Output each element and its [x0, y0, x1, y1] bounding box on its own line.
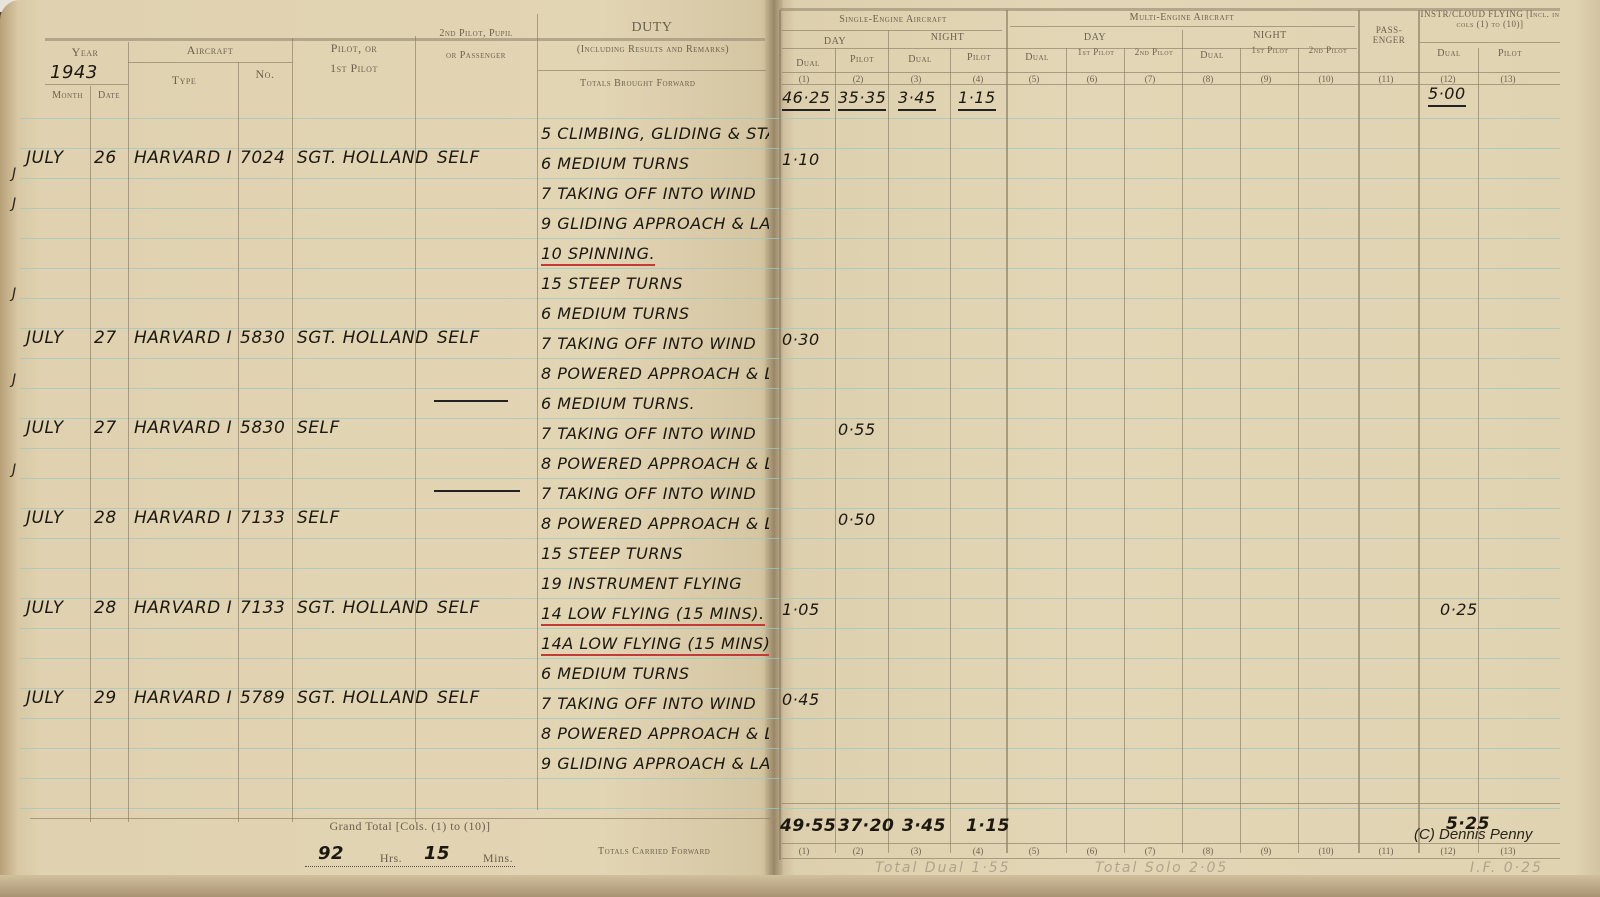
duty-line: 14a Low Flying (15 mins) — [541, 634, 769, 656]
totals-carried-forward-label: Totals Carried Forward — [598, 846, 768, 857]
entry-aircraft-number: 5830 — [240, 418, 285, 438]
entry-time-col12: 0·25 — [1440, 600, 1478, 619]
col-divider — [1418, 10, 1420, 853]
duty-line: 10 Spinning. — [541, 244, 655, 266]
margin-tick: J — [12, 372, 16, 388]
header-me-day: DAY — [1008, 32, 1182, 43]
header-col13: Pilot — [1480, 48, 1540, 59]
col-divider — [128, 42, 129, 822]
ruled-line — [20, 208, 1560, 209]
entry-pilot: Sgt. Holland — [297, 688, 429, 708]
ruled-line — [20, 778, 1560, 779]
header-type: Type — [130, 74, 238, 87]
entry-date: 27 — [94, 418, 117, 438]
duty-line: 14 Low Flying (15 mins). — [541, 604, 765, 626]
column-number: (12) — [1428, 846, 1468, 856]
ruled-line — [20, 448, 1560, 449]
ruled-line — [20, 388, 1560, 389]
entry-pilot: Sgt. Holland — [297, 148, 429, 168]
grand-total-label: Grand Total [Cols. (1) to (10)] — [295, 820, 525, 833]
header-rule — [538, 70, 766, 71]
entry-aircraft-number: 7133 — [240, 508, 285, 528]
col-divider — [1124, 48, 1125, 853]
column-number: (8) — [1188, 846, 1228, 856]
faint-note-if: I.F. 0·25 — [1470, 860, 1543, 876]
ruled-line — [20, 748, 1560, 749]
col-divider — [1066, 48, 1067, 853]
column-number: (12) — [1428, 74, 1468, 84]
column-number: (5) — [1014, 74, 1054, 84]
column-number: (13) — [1488, 74, 1528, 84]
header-col1: Dual — [782, 58, 834, 69]
duty-line: 8 Powered Approach & Landing — [541, 364, 769, 383]
column-number: (2) — [838, 846, 878, 856]
header-no: No. — [238, 68, 292, 81]
ruled-line — [20, 298, 1560, 299]
column-number: (1) — [784, 846, 824, 856]
margin-tick: J — [12, 462, 16, 478]
column-number: (9) — [1246, 846, 1286, 856]
header-first-pilot: 1st Pilot — [294, 62, 414, 75]
column-number: (6) — [1072, 74, 1112, 84]
header-top-rule — [45, 38, 765, 41]
col-divider — [835, 48, 836, 853]
page-bottom-edge — [0, 875, 1600, 897]
entry-aircraft-number: 5789 — [240, 688, 285, 708]
entry-pilot: Sgt. Holland — [297, 328, 429, 348]
col-divider — [238, 62, 239, 822]
header-passenger: or Passenger — [416, 50, 536, 61]
duty-line: 7 Taking Off Into Wind — [541, 424, 756, 443]
entry-aircraft-type: Harvard I — [134, 508, 232, 528]
col-divider — [1006, 10, 1008, 853]
entry-time-col2: 0·55 — [838, 420, 876, 439]
header-second-pilot: 2nd Pilot, Pupil — [416, 28, 536, 39]
column-number: (9) — [1246, 74, 1286, 84]
ruled-line — [20, 568, 1560, 569]
footer-rule — [782, 843, 1560, 844]
header-col12: Dual — [1420, 48, 1478, 59]
col-divider — [292, 38, 293, 822]
header-month: Month — [45, 90, 90, 101]
column-number: (8) — [1188, 74, 1228, 84]
entry-aircraft-type: Harvard I — [134, 598, 232, 618]
entry-aircraft-type: Harvard I — [134, 418, 232, 438]
column-number: (4) — [958, 74, 998, 84]
no-second-pilot-dash — [434, 490, 520, 492]
bf-col1: 46·25 — [782, 88, 830, 111]
entry-month: July — [26, 688, 64, 708]
duty-line: 6 Medium Turns. — [541, 394, 695, 413]
header-aircraft: Aircraft — [130, 44, 290, 57]
header-col4: Pilot — [952, 52, 1006, 63]
column-number: (3) — [896, 846, 936, 856]
header-instr-cloud: INSTR/CLOUD FLYING [Incl. in cols (1) to… — [1420, 10, 1560, 30]
duty-line: 6 Medium Turns — [541, 154, 690, 173]
entry-date: 29 — [94, 688, 117, 708]
col-divider — [950, 48, 951, 853]
entry-aircraft-type: Harvard I — [134, 688, 232, 708]
col-divider — [1298, 48, 1299, 853]
cf-col2: 37·20 — [838, 816, 894, 836]
faint-note-dual: Total Dual 1·55 — [875, 860, 1011, 876]
column-number: (13) — [1488, 846, 1528, 856]
entry-second-pilot: Self — [437, 148, 480, 168]
ruled-line — [20, 268, 1560, 269]
header-duty: DUTY — [538, 20, 766, 35]
ruled-line — [20, 238, 1560, 239]
header-col9: 1st Pilot — [1242, 46, 1298, 56]
totals-brought-forward-label: Totals Brought Forward — [580, 78, 770, 89]
header-rule — [1420, 42, 1560, 43]
duty-line: 15 Steep Turns — [541, 544, 683, 563]
copyright-watermark: (C) Dennis Penny — [1414, 826, 1532, 843]
cf-col3: 3·45 — [902, 816, 946, 836]
col-divider — [1358, 10, 1360, 853]
header-col3: Dual — [890, 54, 950, 65]
duty-line: 6 Medium Turns — [541, 664, 690, 683]
duty-line: 7 Taking Off Into Wind — [541, 484, 756, 503]
entry-month: July — [26, 328, 64, 348]
header-se-day: DAY — [782, 36, 888, 47]
no-second-pilot-dash — [434, 400, 508, 402]
header-se-night: NIGHT — [890, 32, 1005, 43]
ruled-line — [20, 358, 1560, 359]
entry-time-col1: 1·10 — [782, 150, 820, 169]
entry-aircraft-number: 7133 — [240, 598, 285, 618]
ruled-line — [20, 538, 1560, 539]
col-divider — [888, 30, 889, 853]
column-number: (10) — [1306, 74, 1346, 84]
header-col6: 1st Pilot — [1068, 48, 1124, 58]
header-me-night: NIGHT — [1184, 30, 1356, 41]
bf-col4: 1·15 — [958, 88, 996, 111]
entry-time-col1: 1·05 — [782, 600, 820, 619]
header-col2: Pilot — [836, 54, 888, 65]
page-border — [779, 10, 781, 860]
col-divider — [1478, 48, 1479, 853]
entry-time-col2: 0·50 — [838, 510, 876, 529]
entry-pilot: Self — [297, 508, 340, 528]
duty-line: 7 Taking Off Into Wind — [541, 184, 756, 203]
column-number: (11) — [1366, 74, 1406, 84]
ruled-line — [20, 628, 1560, 629]
header-col7: 2nd Pilot — [1126, 48, 1182, 58]
entry-aircraft-number: 7024 — [240, 148, 285, 168]
margin-tick: J — [12, 166, 16, 182]
faint-note-solo: Total Solo 2·05 — [1095, 860, 1228, 876]
entry-date: 28 — [94, 598, 117, 618]
column-number: (2) — [838, 74, 878, 84]
bf-col2: 35·35 — [838, 88, 886, 111]
entry-date: 27 — [94, 328, 117, 348]
ruled-line — [20, 658, 1560, 659]
ruled-line — [20, 808, 1560, 809]
entry-pilot: Self — [297, 418, 340, 438]
header-date: Date — [90, 90, 128, 101]
ruled-line — [20, 478, 1560, 479]
entry-time-col1: 0·45 — [782, 690, 820, 709]
header-year: Year — [55, 46, 115, 59]
entry-date: 26 — [94, 148, 117, 168]
entry-month: July — [26, 598, 64, 618]
column-number: (4) — [958, 846, 998, 856]
column-number: (11) — [1366, 846, 1406, 856]
header-rule — [128, 62, 292, 63]
entry-second-pilot: Self — [437, 688, 480, 708]
duty-line: 8 Powered Approach & Landing — [541, 454, 769, 473]
header-single-engine: Single-Engine Aircraft — [782, 14, 1004, 25]
entry-month: July — [26, 148, 64, 168]
year-value: 1943 — [50, 62, 98, 83]
header-multi-engine: Multi-Engine Aircraft — [1008, 12, 1356, 23]
col-divider — [1240, 48, 1241, 853]
cf-col4: 1·15 — [966, 816, 1010, 836]
entry-aircraft-type: Harvard I — [134, 328, 232, 348]
margin-tick: J — [12, 286, 16, 302]
grand-total-minutes: 15 — [424, 843, 450, 864]
duty-line: 7 Taking Off Into Wind — [541, 694, 756, 713]
entry-second-pilot: Self — [437, 328, 480, 348]
duty-line: 9 Gliding Approach & Landing — [541, 214, 769, 233]
ruled-line — [20, 118, 1560, 119]
col-divider — [1182, 30, 1183, 853]
header-col10: 2nd Pilot — [1300, 46, 1356, 56]
column-number: (7) — [1130, 74, 1170, 84]
column-number: (5) — [1014, 846, 1054, 856]
ruled-line — [20, 178, 1560, 179]
footer-rule — [782, 803, 1560, 804]
duty-line: 8 Powered Approach & Landing — [541, 724, 769, 743]
col-divider — [537, 14, 538, 810]
entry-month: July — [26, 418, 64, 438]
header-rule — [45, 84, 128, 85]
column-number: (10) — [1306, 846, 1346, 856]
col-divider — [90, 86, 91, 822]
duty-line: 6 Medium Turns — [541, 304, 690, 323]
duty-line: 8 Powered Approach & Landing — [541, 514, 769, 533]
header-rule — [1010, 26, 1355, 27]
header-col8: Dual — [1184, 50, 1240, 61]
cf-col1: 49·55 — [780, 816, 836, 836]
entry-time-col1: 0·30 — [782, 330, 820, 349]
bf-col12: 5·00 — [1428, 84, 1466, 107]
entry-month: July — [26, 508, 64, 528]
header-pilot: Pilot, or — [294, 42, 414, 55]
mins-label: Mins. — [478, 852, 518, 865]
bf-col3: 3·45 — [898, 88, 936, 111]
entry-aircraft-type: Harvard I — [134, 148, 232, 168]
column-number: (6) — [1072, 846, 1112, 856]
column-number: (1) — [784, 74, 824, 84]
hrs-label: Hrs. — [376, 852, 406, 865]
total-dotted-line — [305, 866, 515, 867]
footer-rule — [782, 858, 1560, 859]
column-number: (3) — [896, 74, 936, 84]
entry-aircraft-number: 5830 — [240, 328, 285, 348]
entry-second-pilot: Self — [437, 598, 480, 618]
header-rule — [782, 30, 1002, 31]
duty-line: 15 Steep Turns — [541, 274, 683, 293]
ruled-line — [20, 718, 1560, 719]
duty-line: 5 Climbing, Gliding & Stalling — [541, 124, 769, 143]
header-passenger: PASS-ENGER — [1360, 26, 1418, 46]
duty-line: 7 Taking Off Into Wind — [541, 334, 756, 353]
entry-pilot: Sgt. Holland — [297, 598, 429, 618]
header-rule — [782, 72, 1560, 73]
header-duty-sub: (Including Results and Remarks) — [538, 44, 768, 55]
entry-date: 28 — [94, 508, 117, 528]
margin-tick: J — [12, 196, 16, 212]
duty-line: 19 Instrument Flying — [541, 574, 742, 593]
column-number: (7) — [1130, 846, 1170, 856]
header-col5: Dual — [1008, 52, 1066, 63]
duty-line: 9 Gliding Approach & Landing — [541, 754, 769, 773]
grand-total-hours: 92 — [318, 843, 344, 864]
